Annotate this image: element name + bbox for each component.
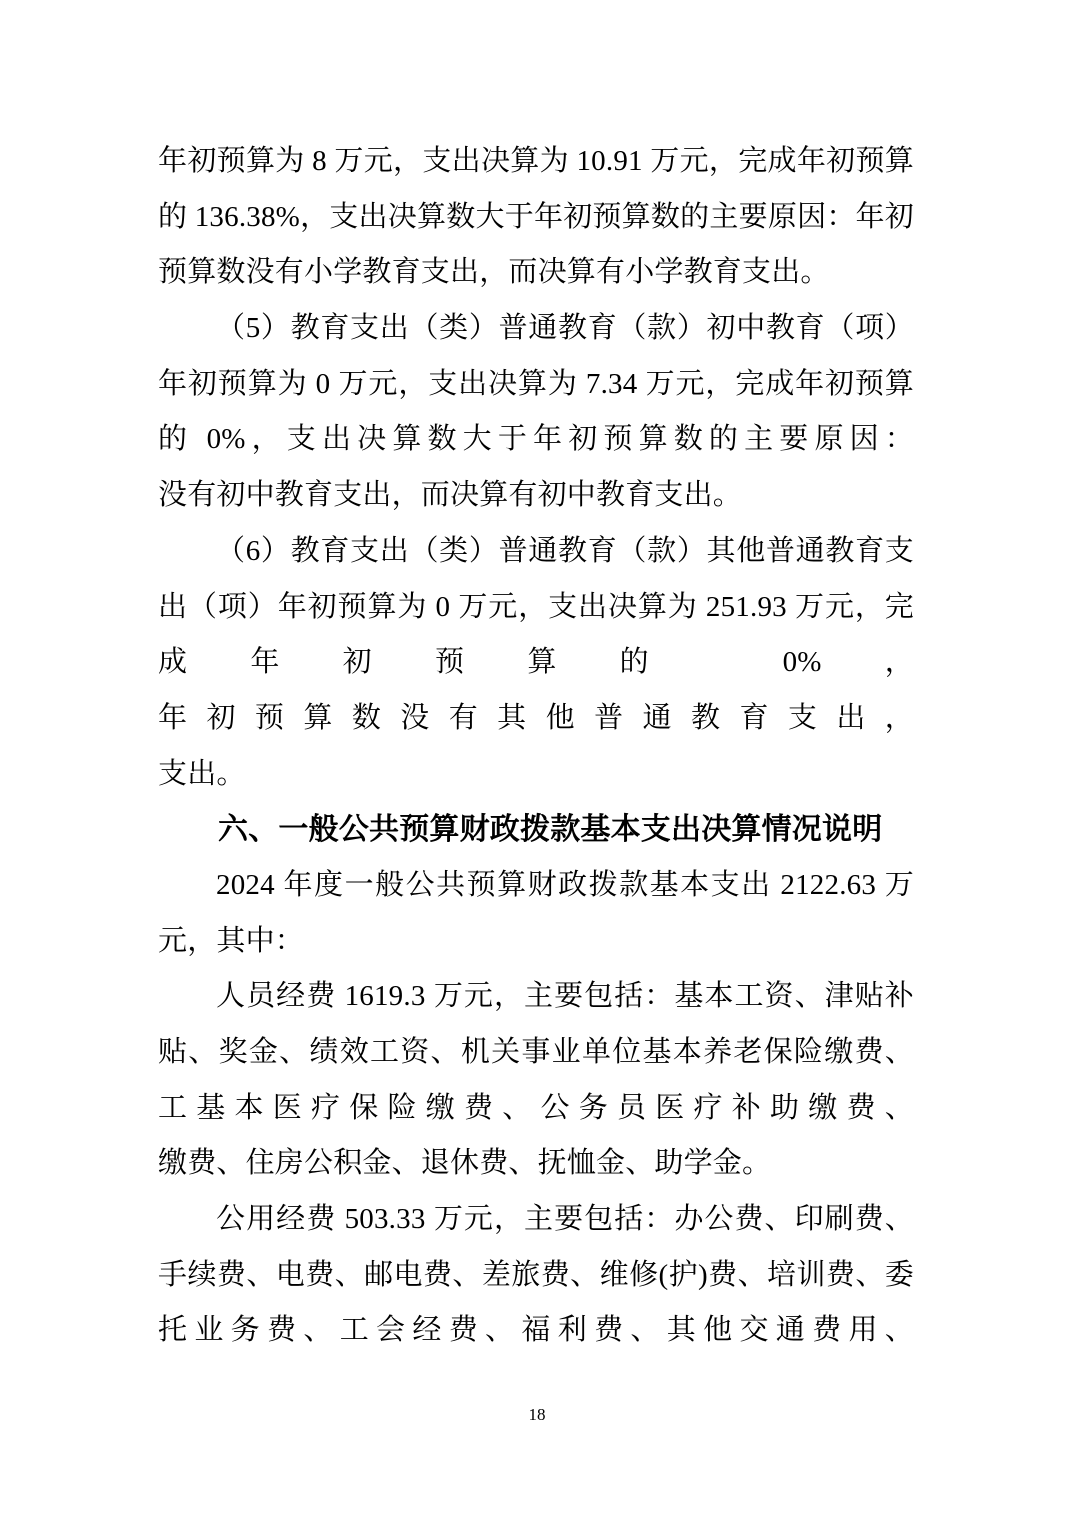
text-line: 工基本医疗保险缴费、公务员医疗补助缴费、其他社会保障	[158, 1081, 914, 1137]
text-line: 年初预算为 0 万元，支出决算为 7.34 万元，完成年初预算	[158, 357, 914, 413]
text-line: 出（项）年初预算为 0 万元，支出决算为 251.93 万元，完	[158, 580, 914, 636]
text-line: 元，其中：	[158, 914, 914, 970]
document-page: 年初预算为 8 万元，支出决算为 10.91 万元，完成年初预算 的 136.3…	[0, 0, 1074, 1520]
paragraph: （5）教育支出（类）普通教育（款）初中教育（项） 年初预算为 0 万元，支出决算…	[158, 301, 914, 524]
text-line: 的 0%，支出决算数大于年初预算数的主要原因：年初预算数	[158, 412, 914, 468]
page-number: 18	[0, 1404, 1074, 1426]
text-line: 支出。	[158, 747, 914, 803]
document-body: 年初预算为 8 万元，支出决算为 10.91 万元，完成年初预算 的 136.3…	[158, 134, 914, 1359]
paragraph: 年初预算为 8 万元，支出决算为 10.91 万元，完成年初预算 的 136.3…	[158, 134, 914, 301]
paragraph: 2024 年度一般公共预算财政拨款基本支出 2122.63 万 元，其中：	[158, 858, 914, 969]
text-line: 托业务费、工会经费、福利费、其他交通费用、其他商品和	[158, 1303, 914, 1359]
paragraph: （6）教育支出（类）普通教育（款）其他普通教育支 出（项）年初预算为 0 万元，…	[158, 524, 914, 802]
text-line: 手续费、电费、邮电费、差旅费、维修(护)费、培训费、委	[158, 1248, 914, 1304]
paragraph: 六、一般公共预算财政拨款基本支出决算情况说明	[158, 802, 914, 858]
text-line: 缴费、住房公积金、退休费、抚恤金、助学金。	[158, 1136, 914, 1192]
text-line: 公用经费 503.33 万元，主要包括：办公费、印刷费、	[158, 1192, 914, 1248]
text-line: （6）教育支出（类）普通教育（款）其他普通教育支	[158, 524, 914, 580]
text-line: 2024 年度一般公共预算财政拨款基本支出 2122.63 万	[158, 858, 914, 914]
text-line: 年初预算为 8 万元，支出决算为 10.91 万元，完成年初预算	[158, 134, 914, 190]
section-heading: 六、一般公共预算财政拨款基本支出决算情况说明	[158, 802, 914, 858]
text-line: 人员经费 1619.3 万元，主要包括：基本工资、津贴补	[158, 969, 914, 1025]
text-line: 的 136.38%，支出决算数大于年初预算数的主要原因：年初	[158, 190, 914, 246]
paragraph: 人员经费 1619.3 万元，主要包括：基本工资、津贴补 贴、奖金、绩效工资、机…	[158, 969, 914, 1192]
text-line: （5）教育支出（类）普通教育（款）初中教育（项）	[158, 301, 914, 357]
text-line: 预算数没有小学教育支出，而决算有小学教育支出。	[158, 245, 914, 301]
paragraph: 公用经费 503.33 万元，主要包括：办公费、印刷费、 手续费、电费、邮电费、…	[158, 1192, 914, 1359]
text-line: 贴、奖金、绩效工资、机关事业单位基本养老保险缴费、职	[158, 1025, 914, 1081]
text-line: 没有初中教育支出，而决算有初中教育支出。	[158, 468, 914, 524]
text-line: 成年初预算的 0%，支出决算数大于年初预算数的主要原因：	[158, 635, 914, 691]
text-line: 年初预算数没有其他普通教育支出，而决算有其他普通教育	[158, 691, 914, 747]
